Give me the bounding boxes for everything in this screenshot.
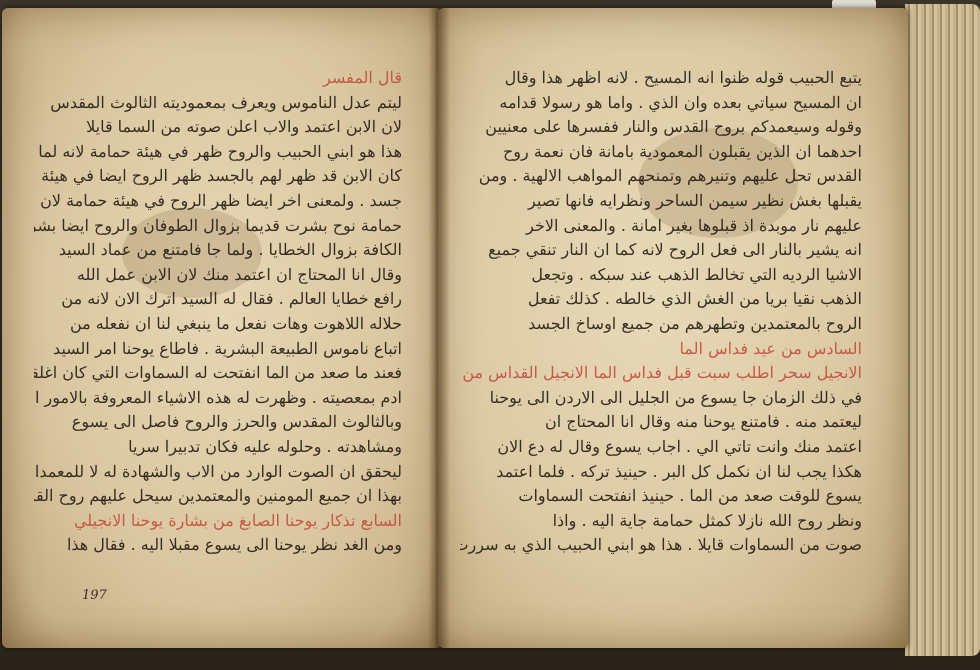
text-line: ادم بمعصيته . وظهرت له هذه الاشياء المعر… bbox=[34, 386, 402, 411]
right-page: يتبع الحبيب قوله ظنوا انه المسيح . لانه … bbox=[438, 8, 908, 648]
text-line: عليهم نار موبدة اذ قبلوها بغير امانة . و… bbox=[460, 214, 862, 239]
text-line: حلاله اللاهوت وهات نفعل ما ينبغي لنا ان … bbox=[34, 312, 402, 337]
text-line: ومن الغد نظر يوحنا الى يسوع مقبلا اليه .… bbox=[34, 533, 402, 558]
text-line: قال المفسر bbox=[34, 66, 402, 91]
text-line: ونظر روح الله نازلا كمثل حمامة جاية اليه… bbox=[460, 509, 862, 534]
rubric-line: الانجيل سحر اطلب سبت قبل فداس الما الانج… bbox=[460, 361, 862, 386]
text-line: رافع خطايا العالم . فقال له السيد اترك ا… bbox=[34, 287, 402, 312]
text-line: ان المسيح سياتي بعده وان الذي . واما هو … bbox=[460, 91, 862, 116]
page-number: 197 bbox=[82, 588, 107, 603]
text-line: وبالثالوث المقدس والحرز والروح فاصل الى … bbox=[34, 410, 402, 435]
left-page: قال المفسر ليتم عدل الناموس ويعرف بمعمود… bbox=[2, 8, 442, 648]
page-edges bbox=[905, 4, 980, 656]
rubric-line: السابع تذكار يوحنا الصابغ من بشارة يوحنا… bbox=[34, 509, 402, 534]
text-line: الروح بالمعتمدين وتطهرهم من جميع اوساخ ا… bbox=[460, 312, 862, 337]
text-line: حمامة نوح بشرت قديما بزوال الطوفان والرو… bbox=[34, 214, 402, 239]
text-line: في ذلك الزمان جا يسوع من الجليل الى الار… bbox=[460, 386, 862, 411]
text-line: كان الابن قد ظهر لهم بالجسد ظهر الروح اي… bbox=[34, 164, 402, 189]
text-line: السادس من عيد فداس الما bbox=[460, 337, 862, 362]
text-line: صوت من السماوات قايلا . هذا هو ابني الحب… bbox=[460, 533, 862, 558]
text-line: احدهما ان الذين يقبلون المعمودية بامانة … bbox=[460, 140, 862, 165]
book-gutter bbox=[428, 8, 450, 648]
rubric: قال المفسر bbox=[323, 68, 402, 87]
text-line: وقوله وسيعمدكم بروح القدس والنار ففسرها … bbox=[460, 115, 862, 140]
text-line: هذا هو ابني الحبيب والروح ظهر في هيئة حم… bbox=[34, 140, 402, 165]
text-line: يسوع للوقت صعد من الما . حينيذ انفتحت ال… bbox=[460, 484, 862, 509]
text-line: بهذا ان جميع المومنين والمعتمدين سيحل عل… bbox=[34, 484, 402, 509]
text-line: وقال انا المحتاج ان اعتمد منك لان الابن … bbox=[34, 263, 402, 288]
rubric: السادس من عيد فداس الما bbox=[680, 339, 862, 358]
text-line: الكافة بزوال الخطايا . ولما جا فامتنع من… bbox=[34, 238, 402, 263]
text-line: ليحقق ان الصوت الوارد من الاب والشهادة ل… bbox=[34, 460, 402, 485]
text-line: فعند ما صعد من الما انفتحت له السماوات ا… bbox=[34, 361, 402, 386]
text-line: القدس تحل عليهم وتنيرهم وتمنحهم المواهب … bbox=[460, 164, 862, 189]
right-page-text: يتبع الحبيب قوله ظنوا انه المسيح . لانه … bbox=[460, 66, 862, 558]
text-line: اعتمد منك وانت تاتي الي . اجاب يسوع وقال… bbox=[460, 435, 862, 460]
left-page-text: قال المفسر ليتم عدل الناموس ويعرف بمعمود… bbox=[34, 66, 402, 558]
text-line: الذهب نقيا بريا من الغش الذي خالطه . كذل… bbox=[460, 287, 862, 312]
text-line: الاشيا الرديه التي تخالط الذهب عند سبكه … bbox=[460, 263, 862, 288]
text-line: ومشاهدته . وحلوله عليه فكان تدبيرا سريا bbox=[34, 435, 402, 460]
text-line: لان الابن اعتمد والاب اعلن صوته من السما… bbox=[34, 115, 402, 140]
text-line: اتباع ناموس الطبيعة البشرية . فاطاع يوحن… bbox=[34, 337, 402, 362]
text-line: هكذا يجب لنا ان نكمل كل البر . حينيذ ترك… bbox=[460, 460, 862, 485]
text-line: يتبع الحبيب قوله ظنوا انه المسيح . لانه … bbox=[460, 66, 862, 91]
text-line: انه يشير بالنار الى فعل الروح لانه كما ا… bbox=[460, 238, 862, 263]
text-line: ليتم عدل الناموس ويعرف بمعموديته الثالوث… bbox=[34, 91, 402, 116]
text-line: ليعتمد منه . فامتنع يوحنا منه وقال انا ا… bbox=[460, 410, 862, 435]
text-line: يقبلها بغش نظير سيمن الساحر ونظرايه فانه… bbox=[460, 189, 862, 214]
text-line: جسد . ولمعنى اخر ايضا ظهر الروح في هيئة … bbox=[34, 189, 402, 214]
